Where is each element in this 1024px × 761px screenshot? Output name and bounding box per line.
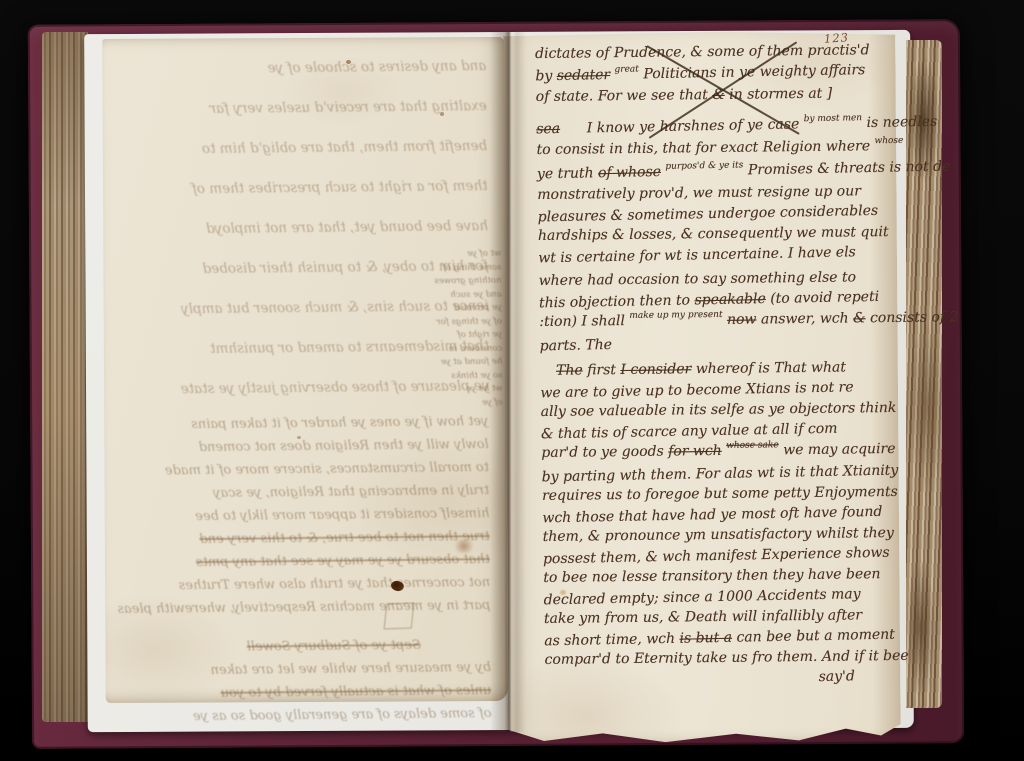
interlinear-insertion: make up my present: [629, 310, 722, 321]
manuscript-line: Sept ye of Sudbury Sowell: [119, 634, 421, 660]
struck-out-text: I consider: [620, 361, 691, 378]
manuscript-text-segment: Sept ye of Sudbury Sowell: [247, 638, 421, 655]
manuscript-text-segment: I know ye harshnes of ye case: [560, 116, 804, 137]
right-fore-edge-leaves: [906, 40, 942, 708]
manuscript-text-segment: true then not to bee true, & to this ver…: [199, 529, 489, 547]
interlinear-insertion: whose: [874, 136, 903, 146]
manuscript-text-segment: he found at ye: [441, 357, 503, 368]
manuscript-text-segment: of ye things for: [436, 316, 502, 327]
manuscript-line: wt he ye: [417, 383, 503, 397]
struck-out-text: &: [853, 310, 866, 326]
manuscript-text-segment: unles of what is actually ferved by to y…: [221, 683, 492, 701]
manuscript-text-segment: himself considers it appear more likly t…: [195, 506, 489, 524]
manuscript-text-segment: is needles: [862, 113, 937, 130]
manuscript-text-segment: some thing of: [443, 262, 502, 273]
manuscript-line: and any desires to schoole of ye: [120, 46, 486, 90]
manuscript-line: and ye such: [416, 288, 502, 302]
manuscript-text-segment: we are to give up to become Xtians is no…: [540, 379, 853, 401]
manuscript-text-segment: wt he ye: [466, 384, 503, 394]
manuscript-text-segment: truly in embraceing that Religion, ye sc…: [213, 483, 489, 501]
manuscript-line: some thing of: [415, 261, 501, 275]
manuscript-text-segment: (to avoid repeti: [766, 288, 880, 306]
manuscript-text-segment: wt of ye: [467, 249, 501, 259]
manuscript-line: he found at ye: [416, 356, 502, 370]
manuscript-line: have bee bound yet, that are not imployd: [122, 206, 488, 250]
manuscript-text-segment: in stormes at ]: [725, 86, 833, 103]
left-page-showthrough-text-lower: yet how if ye ones ye harder of it taken…: [116, 410, 491, 729]
manuscript-text-segment: to morall circumstances, sincere more of…: [165, 460, 489, 478]
manuscript-line: of ye: [417, 396, 503, 410]
manuscript-text-segment: whereof is That what: [691, 359, 846, 377]
struck-out-text: of whose: [598, 164, 661, 181]
struck-out-text: sedater: [557, 66, 611, 83]
manuscript-text-segment: answer, wch: [756, 310, 853, 327]
manuscript-line: benefit from them, that are oblig'd him …: [121, 126, 487, 170]
manuscript-text-segment: of ye: [482, 397, 503, 407]
manuscript-text-segment: Politicians in ye weighty affairs: [639, 62, 866, 82]
manuscript-text-segment: pleasures & sometimes undergoe considera…: [537, 202, 878, 225]
manuscript-text-segment: first: [583, 362, 621, 378]
manuscript-text-segment: yet how if ye ones ye harder of it taken…: [191, 414, 488, 432]
manuscript-text-segment: wch those that have had ye most oft have…: [542, 503, 882, 526]
manuscript-text-segment: ye truth: [537, 165, 598, 182]
manuscript-text-segment: possest them, & wch manifest Experience …: [543, 544, 890, 567]
manuscript-text-segment: we may acquire: [779, 441, 896, 458]
interlinear-insertion: purpos'd & ye its: [665, 160, 743, 171]
right-page-manuscript-text: dictates of Prudence, & some of them pra…: [535, 39, 895, 691]
manuscript-line: of state. For we see that & in stormes a…: [536, 83, 886, 107]
struck-out-text: The: [556, 362, 583, 378]
struck-out-text: is but a: [679, 629, 732, 646]
manuscript-text-segment: of state. For we see that: [536, 87, 713, 105]
manuscript-text-segment: to consist in this, that for exact Relig…: [537, 138, 875, 158]
manuscript-text-segment: nothing growes: [434, 276, 501, 287]
manuscript-text-segment: part in ye meane machins Respectively, w…: [118, 598, 490, 617]
manuscript-text-segment: & that tis of scarce any value at all if…: [541, 420, 838, 442]
struck-out-text: &: [712, 87, 725, 103]
manuscript-line: so ye thinks: [416, 369, 502, 383]
manuscript-text-segment: to bee noe lesse transitory then they ha…: [543, 566, 880, 586]
manuscript-line: ye right of: [416, 329, 502, 343]
interlinear-insertion: by most men: [804, 113, 863, 124]
manuscript-line: part in ye meane machins Respectively, w…: [118, 594, 490, 621]
manuscript-text-segment: wt is certaine for wt is uncertaine. I h…: [538, 244, 856, 266]
manuscript-text-segment: ye right of: [457, 330, 502, 340]
manuscript-line: considerd in: [416, 342, 502, 356]
manuscript-text-segment: and ye such: [450, 289, 501, 300]
manuscript-text-segment: and any desires to schoole of ye: [267, 58, 486, 76]
manuscript-line: of some delays of are generally good so …: [119, 702, 491, 729]
manuscript-text-segment: exalting that are receiv'd useles very f…: [209, 98, 486, 117]
manuscript-text-segment: ally soe valueable in its selfe as ye ob…: [541, 400, 897, 420]
manuscript-text-segment: that obscurd ye ye may ye see that any p…: [196, 552, 490, 570]
manuscript-text-segment: take ym from us, & Death will infallibly…: [544, 607, 862, 627]
manuscript-text-segment: of some delays of are generally good so …: [193, 706, 492, 724]
manuscript-text-segment: have bee bound yet, that are not imployd: [206, 218, 488, 237]
manuscript-text-segment: them for a right to such prescribes them…: [192, 178, 488, 197]
struck-out-text: speakable: [694, 291, 766, 308]
manuscript-line: exalting that are receiv'd useles very f…: [121, 86, 487, 130]
struck-out-text: now: [727, 312, 757, 328]
manuscript-text-segment: declared empty; since a 1000 Accidents m…: [544, 586, 861, 608]
manuscript-text-segment: parts. The: [540, 336, 613, 353]
manuscript-text-segment: monstratively prov'd, we must resigne up…: [537, 183, 861, 203]
manuscript-text-segment: considerd in: [449, 343, 502, 354]
manuscript-text-segment: so ye thinks: [451, 370, 502, 381]
struck-out-text: whose sake: [726, 440, 779, 451]
manuscript-text-segment: not concernes that ye truth also where T…: [179, 575, 491, 593]
manuscript-text-segment: this objection then to: [539, 292, 695, 311]
manuscript-photo: and any desires to schoole of yeexalting…: [0, 0, 1024, 761]
manuscript-text-segment: as short time, wch: [544, 630, 680, 649]
manuscript-text-segment: compar'd to Eternity take us fro them. A…: [545, 648, 909, 668]
manuscript-line: them for a right to such prescribes them…: [121, 166, 487, 210]
manuscript-line: of ye things for: [416, 315, 502, 329]
manuscript-text-segment: par'd to ye goods: [541, 444, 668, 461]
manuscript-text-segment: them, & pronounce ym unsatisfactory whil…: [543, 525, 894, 545]
manuscript-text-segment: dictates of Prudence, & some of them pra…: [535, 42, 870, 62]
manuscript-text-segment: can bee but a moment: [732, 626, 895, 645]
manuscript-text-segment: :tion) I shall: [539, 313, 629, 330]
manuscript-text-segment: consists of 2: [865, 309, 958, 326]
manuscript-text-segment: benefit from them, that are oblig'd him …: [202, 138, 487, 157]
interlinear-insertion: great: [614, 64, 639, 74]
struck-out-text: sea: [536, 120, 560, 136]
struck-out-text: for wch: [668, 443, 722, 460]
left-page-showthrough-margin-column: wt of yesome thing ofnothing growesand y…: [415, 248, 503, 411]
manuscript-line: ye promisd: [416, 302, 502, 316]
manuscript-text-segment: by ye measure here while we let are take…: [211, 660, 492, 678]
manuscript-line: wt of ye: [415, 248, 501, 262]
manuscript-text-segment: hardships & losses, & consequently we mu…: [538, 224, 889, 244]
left-fore-edge-leaves: [42, 32, 88, 722]
manuscript-text-segment: by parting wth them. For alas wt is it t…: [542, 462, 899, 485]
manuscript-line: nothing growes: [415, 275, 501, 289]
manuscript-text-segment: say'd: [818, 668, 855, 685]
manuscript-text-segment: by: [535, 67, 557, 83]
folio-number: 123: [824, 30, 850, 46]
manuscript-text-segment: ye promisd: [454, 303, 502, 313]
showthrough-box-doodle: [384, 603, 415, 630]
manuscript-text-segment: where had occasion to say something else…: [539, 269, 857, 289]
manuscript-text-segment: requires us to foregoe but some petty En…: [542, 484, 898, 504]
manuscript-text-segment: lowly will ye then Religion does not com…: [199, 437, 489, 455]
manuscript-text-segment: Promises & threats is not de: [743, 158, 950, 178]
